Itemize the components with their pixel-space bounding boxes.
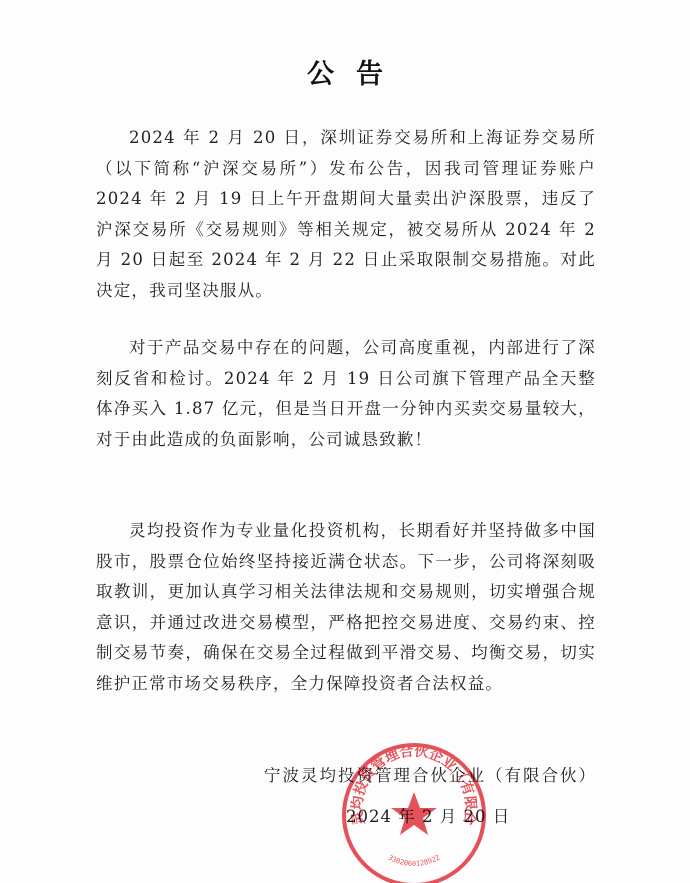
company-seal: 宁波灵均投资管理合伙企业（有限合伙） 3302060128922 [339, 740, 489, 883]
paragraph-1: 2024 年 2 月 20 日，深圳证券交易所和上海证券交易所（以下简称“沪深交… [96, 123, 596, 306]
page-title: 公告 [0, 52, 690, 91]
paragraph-2: 对于产品交易中存在的问题，公司高度重视，内部进行了深刻反省和检讨。2024 年 … [96, 333, 596, 455]
announcement-page: 公告 2024 年 2 月 20 日，深圳证券交易所和上海证券交易所（以下简称“… [0, 0, 690, 883]
seal-number: 3302060128922 [387, 854, 441, 868]
star-icon [391, 792, 437, 835]
paragraph-3: 灵均投资作为专业量化投资机构，长期看好并坚持做多中国股市，股票仓位始终坚持接近满… [96, 516, 596, 699]
